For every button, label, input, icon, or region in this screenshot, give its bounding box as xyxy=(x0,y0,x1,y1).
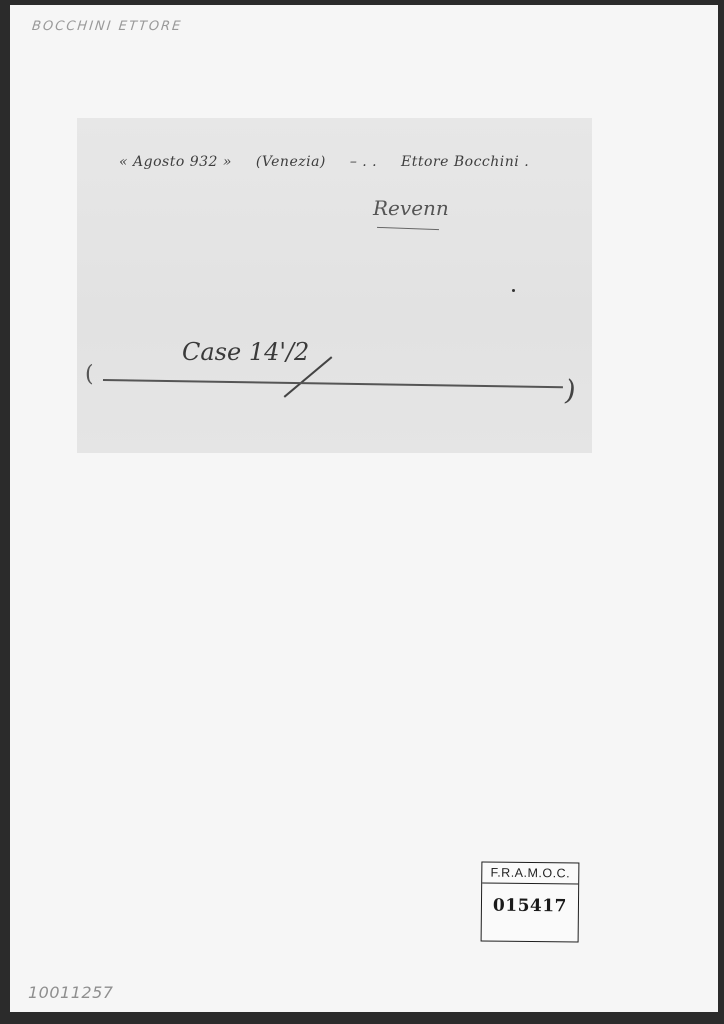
underline-stroke xyxy=(103,379,563,388)
bracket-right: ) xyxy=(562,373,579,407)
archive-stamp: F.R.A.M.O.C. 015417 xyxy=(481,861,580,942)
handwritten-case-note: Case 14'/2 xyxy=(182,338,309,366)
pencil-name-note: BOCCHINI ETTORE xyxy=(31,19,183,34)
archive-number-pencil: 10011257 xyxy=(28,983,113,1002)
stamp-number: 015417 xyxy=(482,895,578,916)
caption-separator: – . . xyxy=(350,154,377,170)
mounted-card: « Agosto 932 » (Venezia) – . . Ettore Bo… xyxy=(77,118,592,453)
stamp-header: F.R.A.M.O.C. xyxy=(482,862,578,884)
handwritten-signature: Revenn xyxy=(373,196,449,220)
caption-name: Ettore Bocchini . xyxy=(401,154,529,170)
ink-dot xyxy=(512,289,515,292)
caption-date: « Agosto 932 » xyxy=(119,154,232,170)
handwritten-caption-line: « Agosto 932 » (Venezia) – . . Ettore Bo… xyxy=(119,154,529,170)
caption-place: (Venezia) xyxy=(256,154,326,170)
document-sheet: BOCCHINI ETTORE « Agosto 932 » (Venezia)… xyxy=(10,5,718,1012)
signature-underline xyxy=(377,227,439,230)
bracket-left: ( xyxy=(85,362,94,387)
